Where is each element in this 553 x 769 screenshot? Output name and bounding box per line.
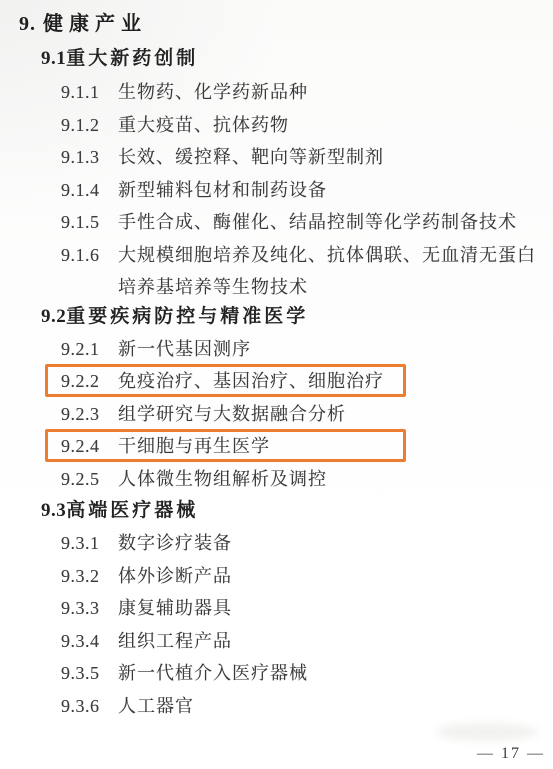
page-content: 9.健康产业 9.1重大新药创制 9.1.1 生物药、化学药新品种 9.1.2 … — [0, 8, 553, 722]
item-number: 9.1.1 — [61, 76, 107, 109]
section-9-2: 9.2重要疾病防控与精准医学 9.2.1 新一代基因测序 9.2.2 免疫治疗、… — [0, 301, 553, 496]
item-number: 9.3.5 — [61, 657, 107, 690]
item-text-line-2: 培养基培养等生物技术 — [118, 271, 536, 304]
item-text: 组织工程产品 — [118, 625, 232, 658]
item-number: 9.1.6 — [61, 239, 107, 272]
item-number: 9.1.2 — [61, 109, 107, 142]
section-heading: 9.1重大新药创制 — [41, 42, 553, 76]
item-text: 长效、缓控释、靶向等新型制剂 — [118, 141, 384, 174]
section-heading: 9.3高端医疗器械 — [41, 495, 553, 527]
item-number: 9.2.1 — [61, 333, 107, 366]
list-item: 9.3.5 新一代植介入医疗器械 — [0, 657, 553, 690]
section-title: 重大新药创制 — [66, 48, 198, 69]
item-text: 人工器官 — [118, 690, 194, 723]
chapter-title: 健康产业 — [43, 13, 147, 35]
list-item: 9.1.3 长效、缓控释、靶向等新型制剂 — [0, 141, 553, 174]
item-number: 9.3.6 — [61, 690, 107, 723]
item-number: 9.3.2 — [61, 560, 107, 593]
section-heading: 9.2重要疾病防控与精准医学 — [41, 301, 553, 333]
list-item: 9.3.4 组织工程产品 — [0, 625, 553, 658]
item-number: 9.1.3 — [61, 141, 107, 174]
item-number: 9.3.3 — [61, 592, 107, 625]
item-number: 9.1.4 — [61, 174, 107, 207]
item-number: 9.2.2 — [61, 365, 107, 398]
watermark-smudge — [437, 723, 537, 741]
section-9-3: 9.3高端医疗器械 9.3.1 数字诊疗装备 9.3.2 体外诊断产品 9.3.… — [0, 495, 553, 722]
item-text: 新型辅料包材和制药设备 — [118, 174, 327, 207]
list-item: 9.2.1 新一代基因测序 — [0, 333, 553, 366]
list-item: 9.3.3 康复辅助器具 — [0, 592, 553, 625]
item-number: 9.2.4 — [61, 430, 107, 463]
item-text: 人体微生物组解析及调控 — [118, 463, 327, 496]
item-number: 9.2.5 — [61, 463, 107, 496]
item-text: 重大疫苗、抗体药物 — [118, 109, 289, 142]
item-text: 康复辅助器具 — [118, 592, 232, 625]
section-number: 9.2 — [41, 306, 66, 327]
item-text-line-1: 大规模细胞培养及纯化、抗体偶联、无血清无蛋白 — [118, 239, 536, 272]
section-number: 9.1 — [41, 48, 66, 69]
page-number: — 17 — — [477, 743, 545, 765]
list-item: 9.2.3 组学研究与大数据融合分析 — [0, 398, 553, 431]
list-item: 9.3.2 体外诊断产品 — [0, 560, 553, 593]
list-item: 9.1.1 生物药、化学药新品种 — [0, 76, 553, 109]
list-item: 9.1.6 大规模细胞培养及纯化、抗体偶联、无血清无蛋白 培养基培养等生物技术 — [0, 239, 553, 301]
list-item: 9.3.1 数字诊疗装备 — [0, 527, 553, 560]
document-page: 9.健康产业 9.1重大新药创制 9.1.1 生物药、化学药新品种 9.1.2 … — [0, 0, 553, 769]
section-title: 高端医疗器械 — [66, 500, 198, 521]
list-item: 9.3.6 人工器官 — [0, 690, 553, 723]
item-text: 组学研究与大数据融合分析 — [118, 398, 346, 431]
list-item: 9.2.5 人体微生物组解析及调控 — [0, 463, 553, 496]
list-item-highlighted: 9.2.4 干细胞与再生医学 — [0, 430, 553, 463]
item-text: 干细胞与再生医学 — [118, 430, 270, 463]
item-number: 9.1.5 — [61, 206, 107, 239]
item-text: 新一代植介入医疗器械 — [118, 657, 308, 690]
section-9-1: 9.1重大新药创制 9.1.1 生物药、化学药新品种 9.1.2 重大疫苗、抗体… — [0, 42, 553, 301]
item-text: 体外诊断产品 — [118, 560, 232, 593]
list-item: 9.1.5 手性合成、酶催化、结晶控制等化学药制备技术 — [0, 206, 553, 239]
chapter-heading: 9.健康产业 — [19, 8, 553, 42]
item-text: 数字诊疗装备 — [118, 527, 232, 560]
item-number: 9.3.4 — [61, 625, 107, 658]
item-number: 9.2.3 — [61, 398, 107, 431]
section-number: 9.3 — [41, 500, 66, 521]
section-title: 重要疾病防控与精准医学 — [66, 306, 308, 327]
chapter-number: 9. — [19, 13, 36, 35]
list-item: 9.1.4 新型辅料包材和制药设备 — [0, 174, 553, 207]
item-text: 免疫治疗、基因治疗、细胞治疗 — [118, 365, 384, 398]
item-number: 9.3.1 — [61, 527, 107, 560]
item-text: 新一代基因测序 — [118, 333, 251, 366]
list-item: 9.1.2 重大疫苗、抗体药物 — [0, 109, 553, 142]
list-item-highlighted: 9.2.2 免疫治疗、基因治疗、细胞治疗 — [0, 365, 553, 398]
item-text: 大规模细胞培养及纯化、抗体偶联、无血清无蛋白 培养基培养等生物技术 — [118, 239, 536, 304]
item-text: 生物药、化学药新品种 — [118, 76, 308, 109]
item-text: 手性合成、酶催化、结晶控制等化学药制备技术 — [118, 206, 517, 239]
